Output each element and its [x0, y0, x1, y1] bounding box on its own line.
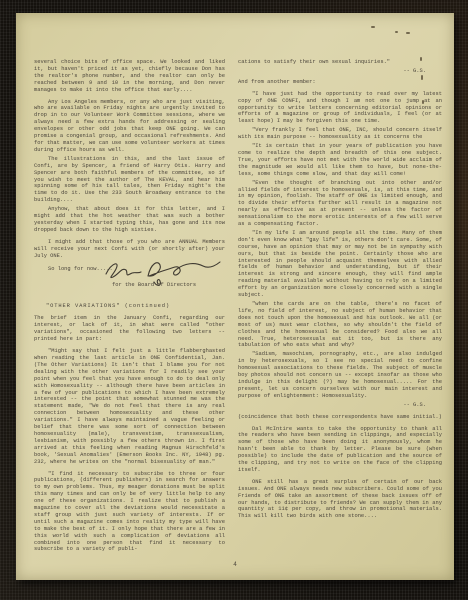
age-mark — [406, 32, 410, 34]
paragraph: ONE still has a great surplus of certain… — [238, 479, 442, 520]
letter-paragraph: "I have just had the opportunity to read… — [238, 91, 442, 126]
age-mark — [371, 26, 375, 28]
letter-paragraph: "Sadism, masochism, pornography, etc., a… — [238, 351, 442, 399]
paragraph: I might add that those of you who are AN… — [34, 239, 225, 260]
signoff-title: for the Board of Directors — [112, 282, 196, 289]
newsletter-page: several choice bits of office space. We … — [16, 13, 454, 580]
left-column: several choice bits of office space. We … — [34, 59, 225, 555]
book-cover-background: several choice bits of office space. We … — [0, 0, 468, 600]
letter-paragraph: "In my life I am around people all the t… — [238, 230, 442, 299]
age-mark — [421, 75, 423, 80]
age-mark — [422, 100, 424, 104]
paragraph: The illustrations in this, and the last … — [34, 156, 225, 204]
letter-paragraph: "Even the thought of branching out into … — [238, 180, 442, 228]
letter-attribution: -- G.S. — [238, 68, 442, 75]
paragraph: several choice bits of office space. We … — [34, 59, 225, 94]
paragraph: Any Los Angeles members, or any who are … — [34, 99, 225, 154]
paragraph: Anyhow, that about does it for this lett… — [34, 206, 225, 234]
right-column: cations to satisfy their own sexual inqu… — [238, 59, 442, 555]
letter-paragraph: "Might say that I felt just a little fla… — [34, 348, 225, 465]
letter-paragraph: "It is certain that in your years of pub… — [238, 143, 442, 178]
paragraph: And from another member: — [238, 79, 442, 86]
paragraph: Dal McIntire wants to take the opportuni… — [238, 426, 442, 474]
paragraph-continuation: cations to satisfy their own sexual inqu… — [238, 59, 442, 66]
page-number: 4 — [16, 561, 454, 568]
age-mark — [420, 57, 422, 61]
section-heading: "OTHER VARIATIONS" (continued) — [34, 303, 225, 310]
letter-attribution: -- G.S. — [238, 402, 442, 409]
signoff-block: So long for now..... for the Board of Di… — [34, 264, 225, 296]
editorial-aside: (coincidence that both these corresponde… — [238, 414, 442, 421]
paragraph: The brief item in the January Confi, reg… — [34, 315, 225, 343]
age-mark — [395, 31, 398, 33]
letter-paragraph: "when the cards are on the table, there'… — [238, 301, 442, 349]
two-column-text-layout: several choice bits of office space. We … — [34, 59, 442, 555]
letter-paragraph: "I find it necessary to subscribe to thr… — [34, 471, 225, 554]
letter-paragraph: "Very frankly I feel that ONE, INC, shou… — [238, 127, 442, 141]
